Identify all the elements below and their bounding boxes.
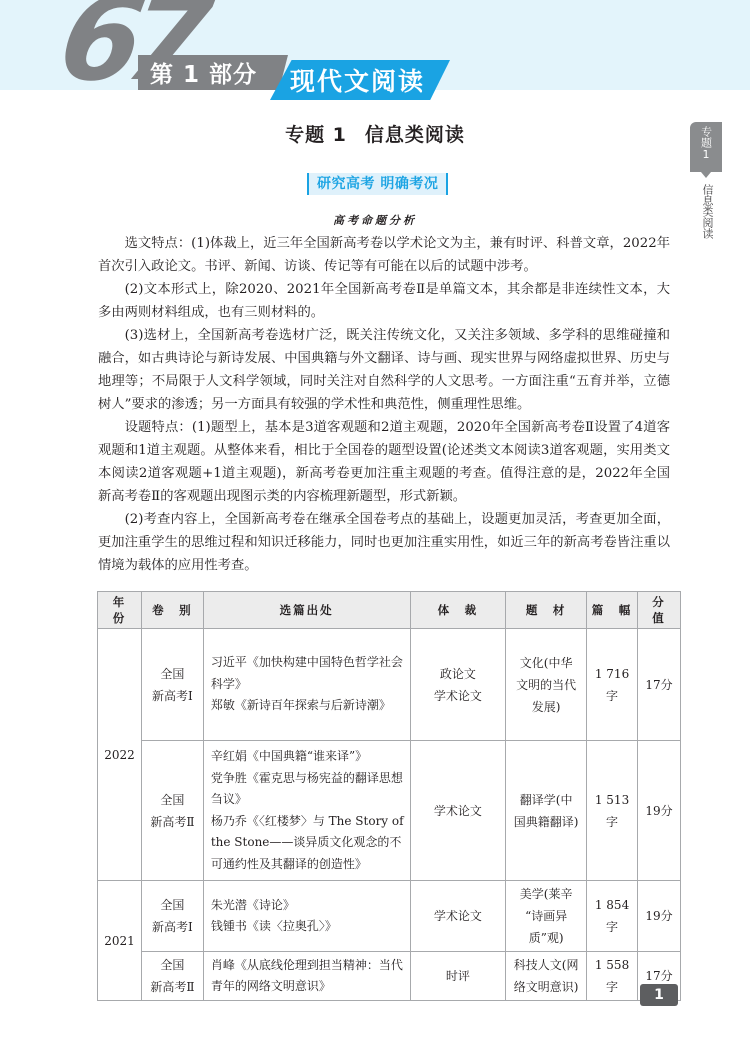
paper-line: 新高考Ⅰ [146,685,199,707]
topic-line: 国典籍翻译) [510,811,582,833]
paragraph: (3)选材上，全国新高考卷选材广泛，既关注传统文化，又关注多领域、多学科的思维碰… [98,324,670,416]
page-number: 1 [640,984,678,1006]
cell-source: 肖峰《从底线伦理到担当精神：当代青年的网络文明意识》 [203,952,410,1001]
cell-topic: 美学(莱辛 “诗画异质”观) [506,881,587,952]
topic-line: “诗画异质”观) [510,905,582,949]
topic-line: 科技人文(网 [510,954,582,976]
source-item: 肖峰《从底线伦理到担当精神：当代青年的网络文明意识》 [211,955,406,998]
cell-paper: 全国 新高考Ⅱ [141,741,203,881]
paper-line: 全国 [146,789,199,811]
col-header-topic: 题 材 [506,592,587,629]
paper-line: 全国 [146,663,199,685]
cell-length: 1 854字 [587,881,638,952]
source-item: 辛红娟《中国典籍“谁来译”》 [211,746,406,768]
analysis-heading: 高考命题分析 [0,212,750,228]
table-row: 全国 新高考Ⅱ 辛红娟《中国典籍“谁来译”》 党争胜《霍克思与杨宪益的翻译思想刍… [98,741,681,881]
cell-length: 1 558字 [587,952,638,1001]
genre-line: 学术论文 [415,685,502,707]
cell-topic: 翻译学(中 国典籍翻译) [506,741,587,881]
cell-length: 1 716字 [587,629,638,741]
cell-topic: 科技人文(网 络文明意识) [506,952,587,1001]
topic-line: 美学(莱辛 [510,883,582,905]
topic-line: 发展) [510,696,582,718]
cell-paper: 全国 新高考Ⅰ [141,881,203,952]
part-label: 第 1 部分 [150,56,257,89]
cell-score: 19分 [637,881,680,952]
col-header-score: 分 值 [637,592,680,629]
genre-line: 时评 [415,965,502,987]
cell-genre: 时评 [410,952,506,1001]
cell-source: 习近平《加快构建中国特色哲学社会科学》 郑敏《新诗百年探索与后新诗潮》 [203,629,410,741]
topic-name: 信息类阅读 [365,124,465,146]
cell-topic: 文化(中华 文明的当代 发展) [506,629,587,741]
genre-line: 学术论文 [415,905,502,927]
topic-line: 文化(中华 [510,652,582,674]
paper-line: 新高考Ⅰ [146,916,199,938]
source-item: 习近平《加快构建中国特色哲学社会科学》 [211,652,406,695]
paper-line: 全国 [146,954,199,976]
cell-source: 朱光潜《诗论》 钱锺书《读〈拉奥孔〉》 [203,881,410,952]
source-item: 杨乃乔《〈红楼梦〉与 The Story of the Stone——谈异质文化… [211,811,406,876]
exam-analysis-table: 年 份 卷 别 选篇出处 体 裁 题 材 篇 幅 分 值 2022 全国 新高考… [97,591,681,1001]
cell-year: 2022 [98,629,142,881]
paper-line: 新高考Ⅱ [146,811,199,833]
genre-line: 学术论文 [415,800,502,822]
table-header-row: 年 份 卷 别 选篇出处 体 裁 题 材 篇 幅 分 值 [98,592,681,629]
cell-year: 2021 [98,881,142,1001]
body-text: 选文特点：(1)体裁上，近三年全国新高考卷以学术论文为主，兼有时评、科普文章，2… [98,232,670,577]
cell-score: 19分 [637,741,680,881]
table-row: 全国 新高考Ⅱ 肖峰《从底线伦理到担当精神：当代青年的网络文明意识》 时评 科技… [98,952,681,1001]
paper-line: 新高考Ⅱ [146,976,199,998]
col-header-paper: 卷 别 [141,592,203,629]
source-item: 郑敏《新诗百年探索与后新诗潮》 [211,695,406,717]
section-banner: 研究高考 明确考况 [307,173,448,195]
source-item: 朱光潜《诗论》 [211,895,406,917]
col-header-genre: 体 裁 [410,592,506,629]
genre-line: 政论文 [415,663,502,685]
cell-genre: 政论文 学术论文 [410,629,506,741]
cell-paper: 全国 新高考Ⅰ [141,629,203,741]
page-title: 专题 1信息类阅读 [0,120,750,147]
paragraph: (2)文本形式上，除2020、2021年全国新高考卷Ⅱ是单篇文本，其余都是非连续… [98,278,670,324]
col-header-length: 篇 幅 [587,592,638,629]
source-item: 党争胜《霍克思与杨宪益的翻译思想刍议》 [211,768,406,811]
table-row: 2021 全国 新高考Ⅰ 朱光潜《诗论》 钱锺书《读〈拉奥孔〉》 学术论文 美学… [98,881,681,952]
cell-genre: 学术论文 [410,881,506,952]
paragraph: (2)考查内容上，全国新高考卷在继承全国卷考点的基础上，设题更加灵活，考查更加全… [98,508,670,577]
section-label: 现代文阅读 [290,62,425,98]
paragraph: 选文特点：(1)体裁上，近三年全国新高考卷以学术论文为主，兼有时评、科普文章，2… [98,232,670,278]
topic-number: 专题 1 [285,124,347,146]
topic-line: 文明的当代 [510,674,582,696]
table-row: 2022 全国 新高考Ⅰ 习近平《加快构建中国特色哲学社会科学》 郑敏《新诗百年… [98,629,681,741]
paragraph: 设题特点：(1)题型上，基本是3道客观题和2道主观题，2020年全国新高考卷Ⅱ设… [98,416,670,508]
paper-line: 全国 [146,894,199,916]
cell-length: 1 513字 [587,741,638,881]
topic-line: 翻译学(中 [510,789,582,811]
topic-line: 络文明意识) [510,976,582,998]
cell-source: 辛红娟《中国典籍“谁来译”》 党争胜《霍克思与杨宪益的翻译思想刍议》 杨乃乔《〈… [203,741,410,881]
source-item: 钱锺书《读〈拉奥孔〉》 [211,916,406,938]
col-header-year: 年 份 [98,592,142,629]
col-header-source: 选篇出处 [203,592,410,629]
cell-paper: 全国 新高考Ⅱ [141,952,203,1001]
cell-genre: 学术论文 [410,741,506,881]
cell-score: 17分 [637,629,680,741]
